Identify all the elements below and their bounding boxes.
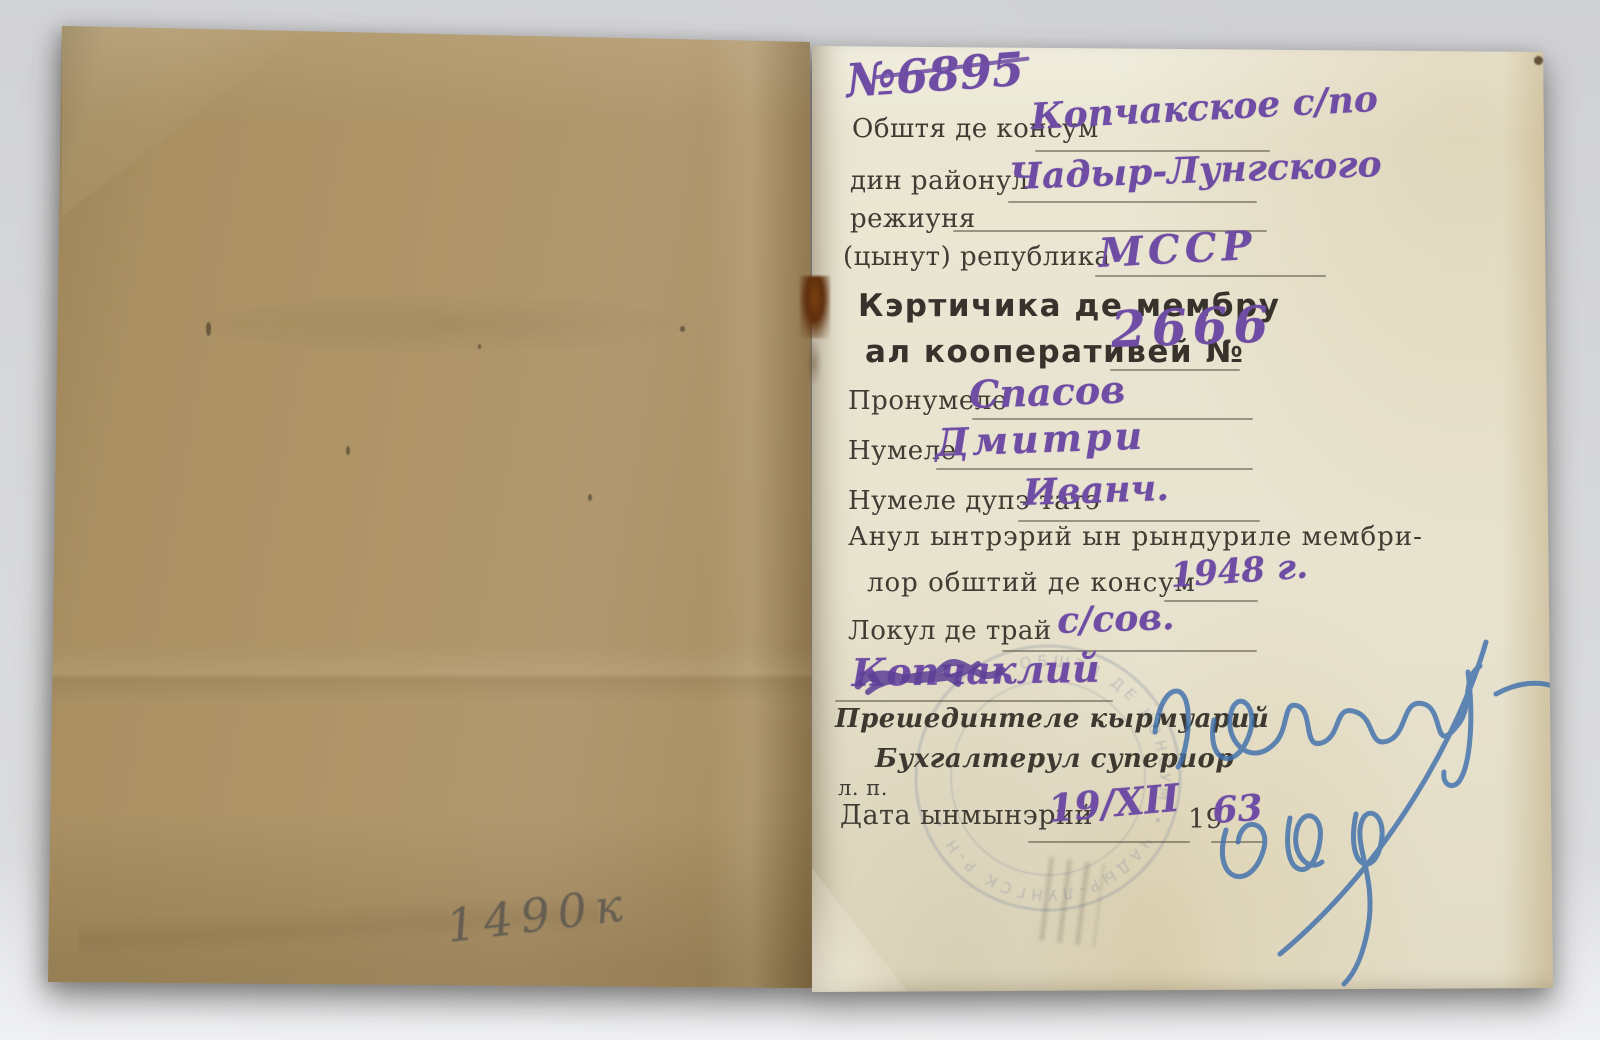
ink-bleedthrough-smudge	[198, 294, 698, 354]
signature-blue-ink	[1130, 582, 1570, 1002]
photo-background: 1490к ОБШТЯ ДЕ КОНСУМ • ЧАДЫР-ЛУНГСК Р-Н…	[0, 0, 1600, 1040]
membership-booklet: 1490к ОБШТЯ ДЕ КОНСУМ • ЧАДЫР-ЛУНГСК Р-Н…	[40, 18, 1560, 998]
staple-rust-spot	[800, 276, 830, 338]
ink-speck	[346, 446, 350, 455]
corner-fold-crease	[62, 26, 312, 216]
right-page: ОБШТЯ ДЕ КОНСУМ • ЧАДЫР-ЛУНГСК Р-Н • №68…	[812, 44, 1553, 992]
seal-abbreviation: л. п.	[838, 776, 888, 800]
ink-speck	[588, 494, 592, 501]
serial-number-handwritten: №6895	[844, 42, 1025, 108]
rule-line	[835, 700, 1113, 702]
rule-line	[1008, 201, 1257, 203]
gray-smudge	[1039, 857, 1105, 947]
ink-speck	[478, 344, 481, 349]
field-value-surname: Спасов	[968, 367, 1125, 417]
rule-line	[1095, 275, 1326, 277]
field-value-name: Дмитри	[934, 413, 1145, 465]
field-label-district: дин районул	[850, 166, 1029, 196]
ink-speck	[680, 326, 685, 332]
field-value-society: Копчакское с/по	[1030, 78, 1379, 138]
horizontal-crease	[48, 646, 812, 702]
field-label-join-year-1: Анул ынтрэрий ын рындуриле мембри-	[848, 522, 1423, 552]
rule-line	[1110, 369, 1240, 371]
field-value-republic: МССР	[1098, 222, 1258, 277]
pencil-inventory-note: 1490к	[443, 877, 633, 953]
card-number-handwritten: 2666	[1110, 294, 1275, 359]
staple-rust-spot-small	[806, 340, 822, 386]
page-corner-speck	[1534, 56, 1543, 65]
field-value-patronymic: Иванч.	[1023, 467, 1170, 514]
ink-speck	[206, 322, 211, 336]
left-page: 1490к	[48, 26, 812, 988]
field-label-republic: (цынут) република	[843, 242, 1110, 272]
